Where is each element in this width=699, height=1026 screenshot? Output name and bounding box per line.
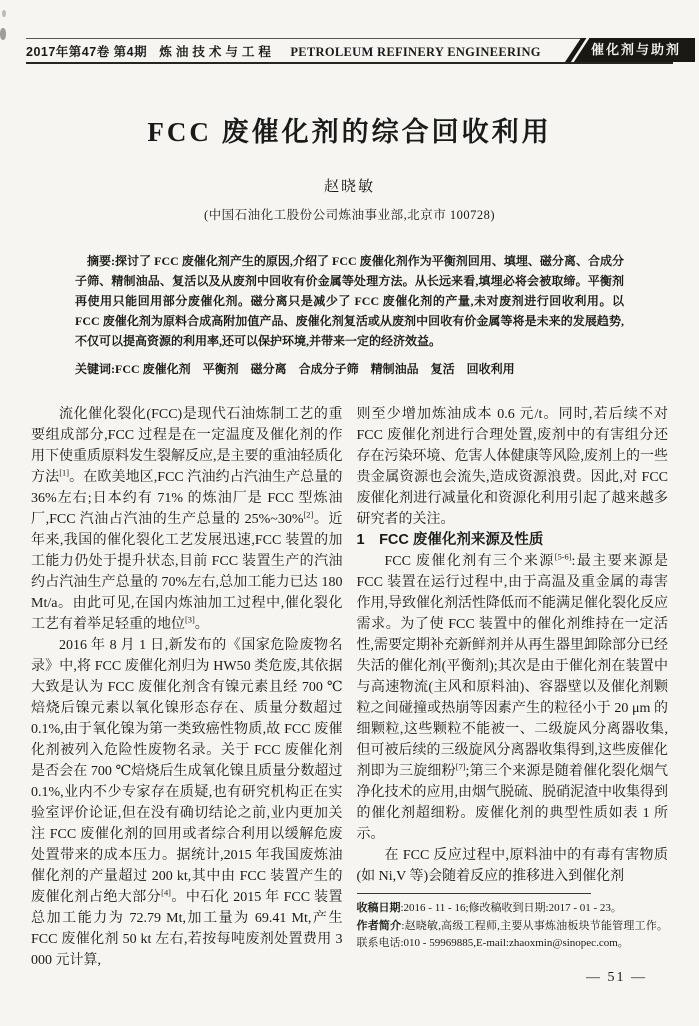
footnote-bio: 作者简介:赵晓敏,高级工程师,主要从事炼油板块节能管理工作。联系电话:010 -… <box>357 918 669 953</box>
section-1-heading: 1 FCC 废催化剂来源及性质 <box>357 530 669 551</box>
footnote-received-label: 收稿日期 <box>357 902 401 914</box>
abstract-label: 摘要: <box>87 254 115 268</box>
article-title: FCC 废催化剂的综合回收利用 <box>40 110 659 149</box>
abstract-text: 探讨了 FCC 废催化剂产生的原因,介绍了 FCC 废催化剂作为平衡剂回用、填埋… <box>75 254 624 348</box>
column-tag: 催化剂与助剂 <box>565 38 695 62</box>
body-columns: 流化催化裂化(FCC)是现代石油炼制工艺的重要组成部分,FCC 过程是在一定温度… <box>31 404 668 971</box>
column-tag-label: 催化剂与助剂 <box>591 42 681 57</box>
footnote: 收稿日期:2016 - 11 - 16;修改稿收到日期:2017 - 01 - … <box>357 893 669 953</box>
abstract: 摘要:探讨了 FCC 废催化剂产生的原因,介绍了 FCC 废催化剂作为平衡剂回用… <box>75 251 624 351</box>
keywords-text: FCC 废催化剂 平衡剂 磁分离 合成分子筛 精制油品 复活 回收利用 <box>115 362 515 376</box>
page-number: — 51 — <box>586 970 647 986</box>
journal-page: 2017年第47卷 第4期 炼油技术与工程 PETROLEUM REFINERY… <box>0 0 699 1026</box>
body-paragraph: 在 FCC 反应过程中,原料油中的有毒有害物质(如 Ni,V 等)会随着反应的推… <box>357 845 669 887</box>
body-paragraph: 2016 年 8 月 1 日,新发布的《国家危险废物名录》中,将 FCC 废催化… <box>31 635 343 971</box>
left-column: 流化催化裂化(FCC)是现代石油炼制工艺的重要组成部分,FCC 过程是在一定温度… <box>31 404 343 971</box>
footnote-bio-label: 作者简介 <box>357 920 402 932</box>
issue-info: 2017年第47卷 第4期 <box>26 42 147 60</box>
journal-title-cn: 炼油技术与工程 <box>159 45 275 59</box>
footnote-bio-text: :赵晓敏,高级工程师,主要从事炼油板块节能管理工作。联系电话:010 - 599… <box>357 920 669 950</box>
keywords: 关键词:FCC 废催化剂 平衡剂 磁分离 合成分子筛 精制油品 复活 回收利用 <box>75 359 624 379</box>
body-paragraph: 流化催化裂化(FCC)是现代石油炼制工艺的重要组成部分,FCC 过程是在一定温度… <box>31 404 343 635</box>
journal-title-en: PETROLEUM REFINERY ENGINEERING <box>290 45 541 59</box>
footnote-received-text: :2016 - 11 - 16;修改稿收到日期:2017 - 01 - 23。 <box>401 902 622 914</box>
footnote-divider <box>357 893 591 894</box>
author-name: 赵晓敏 <box>0 175 699 196</box>
scan-artifact <box>2 10 6 17</box>
footnote-dates: 收稿日期:2016 - 11 - 16;修改稿收到日期:2017 - 01 - … <box>357 900 669 918</box>
body-paragraph: 则至少增加炼油成本 0.6 元/t。同时,若后续不对 FCC 废催化剂进行合理处… <box>357 404 669 530</box>
page-header: 2017年第47卷 第4期 炼油技术与工程 PETROLEUM REFINERY… <box>26 38 673 64</box>
body-paragraph: FCC 废催化剂有三个来源[5-6]:最主要来源是 FCC 装置在运行过程中,由… <box>357 551 669 845</box>
header-rule-bottom <box>26 62 673 64</box>
keywords-label: 关键词: <box>75 362 115 376</box>
author-affiliation: (中国石油化工股份公司炼油事业部,北京市 100728) <box>0 205 699 223</box>
scan-artifact <box>0 28 6 40</box>
right-column: 则至少增加炼油成本 0.6 元/t。同时,若后续不对 FCC 废催化剂进行合理处… <box>357 404 669 971</box>
